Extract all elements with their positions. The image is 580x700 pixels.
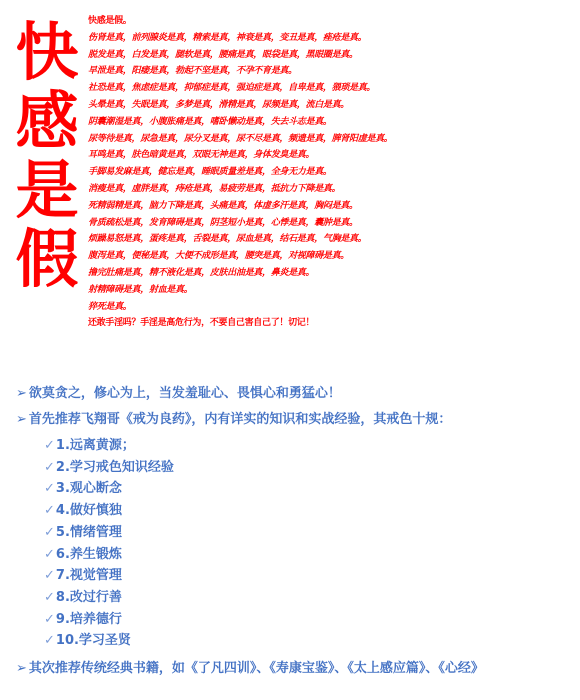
rule-item-text: 4.做好慎独 — [56, 503, 122, 518]
harm-line: 死精弱精是真，脑力下降是真，头痛是真，体虚多汗是真，胸闷是真。 — [88, 198, 574, 215]
advice-section: ➢欲莫贪之，修心为上，当发羞耻心、畏惧心和勇猛心！ ➢首先推荐飞翔哥《戒为良药》… — [16, 381, 574, 682]
rule-item: ✓6.养生锻炼 — [44, 544, 574, 566]
rule-item-text: 5.情绪管理 — [56, 525, 122, 540]
checkmark-icon: ✓ — [44, 457, 55, 479]
vertical-title-char: 快 — [6, 18, 88, 87]
checkmark-icon: ✓ — [44, 478, 55, 500]
harm-line: 耳鸣是真，肤色暗黄是真，双眼无神是真，身体发臭是真。 — [88, 147, 574, 164]
harm-list: 快感是假。 伤肾是真，前列腺炎是真，精索是真，神衰是真，变丑是真，痤疮是真。 脱… — [88, 13, 574, 332]
harm-line: 射精障碍是真，射血是真。 — [88, 282, 574, 299]
rule-item-text: 6.养生锻炼 — [56, 547, 122, 562]
harm-line: 阴囊潮湿是真，小腹胀痛是真，嗜卧懒动是真，失去斗志是真。 — [88, 114, 574, 131]
rule-item: ✓9.培养德行 — [44, 609, 574, 631]
harm-line: 手脚易发麻是真，健忘是真，睡眠质量差是真，全身无力是真。 — [88, 164, 574, 181]
vertical-title-char: 是 — [6, 156, 88, 225]
harm-line: 猝死是真。 — [88, 299, 574, 316]
harm-line: 头晕是真，失眠是真，多梦是真，滑精是真，尿频是真，流白是真。 — [88, 97, 574, 114]
arrow-bullet-icon: ➢ — [16, 381, 27, 407]
checkmark-icon: ✓ — [44, 500, 55, 522]
checkmark-icon: ✓ — [44, 565, 55, 587]
checkmark-icon: ✓ — [44, 522, 55, 544]
vertical-title: 快 感 是 假 — [6, 18, 88, 294]
advice-intro-2: ➢首先推荐飞翔哥《戒为良药》，内有详实的知识和实战经验，其戒色十规： — [16, 407, 574, 433]
harm-line: 撸完肚痛是真，精不液化是真，皮肤出油是真，鼻炎是真。 — [88, 265, 574, 282]
harm-line: 烦躁易怒是真，蛋疼是真，舌裂是真，尿血是真，结石是真，气胸是真。 — [88, 231, 574, 248]
vertical-title-char: 感 — [6, 87, 88, 156]
rule-item: ✓10.学习圣贤 — [44, 630, 574, 652]
checkmark-icon: ✓ — [44, 609, 55, 631]
rule-item: ✓5.情绪管理 — [44, 522, 574, 544]
advice-outro-text: 其次推荐传统经典书籍，如《了凡四训》、《寿康宝鉴》、《太上感应篇》、《心经》 — [29, 661, 484, 676]
rule-item-text: 3.观心断念 — [56, 481, 122, 496]
rule-item-text: 2.学习戒色知识经验 — [56, 460, 174, 475]
harm-line: 消瘦是真，虚胖是真，痔疮是真，易疲劳是真，抵抗力下降是真。 — [88, 181, 574, 198]
rule-item: ✓2.学习戒色知识经验 — [44, 457, 574, 479]
harm-line: 脱发是真，白发是真，腿软是真，腰痛是真，眼袋是真，黑眼圈是真。 — [88, 47, 574, 64]
harm-warning: 还敢手淫吗？手淫是高危行为，不要自己害自己了！切记！ — [88, 315, 574, 332]
arrow-bullet-icon: ➢ — [16, 407, 27, 433]
rule-item-text: 10.学习圣贤 — [56, 633, 131, 648]
harm-line: 尿等待是真，尿急是真，尿分叉是真，尿不尽是真，频遗是真，脾肾阳虚是真。 — [88, 131, 574, 148]
rule-item: ✓3.观心断念 — [44, 478, 574, 500]
advice-intro-2-text: 首先推荐飞翔哥《戒为良药》，内有详实的知识和实战经验，其戒色十规： — [29, 412, 452, 427]
rule-item-text: 9.培养德行 — [56, 612, 122, 627]
arrow-bullet-icon: ➢ — [16, 656, 27, 682]
advice-outro: ➢其次推荐传统经典书籍，如《了凡四训》、《寿康宝鉴》、《太上感应篇》、《心经》 — [16, 656, 574, 682]
harm-line: 社恐是真，焦虑症是真，抑郁症是真，强迫症是真，自卑是真，猥琐是真。 — [88, 80, 574, 97]
advice-intro-1-text: 欲莫贪之，修心为上，当发羞耻心、畏惧心和勇猛心！ — [29, 386, 341, 401]
vertical-title-char: 假 — [6, 225, 88, 294]
checkmark-icon: ✓ — [44, 630, 55, 652]
harm-list-heading: 快感是假。 — [88, 13, 574, 30]
rule-item: ✓8.改过行善 — [44, 587, 574, 609]
harm-line: 腹泻是真，便秘是真，大便不成形是真，腰突是真，对视障碍是真。 — [88, 248, 574, 265]
checkmark-icon: ✓ — [44, 435, 55, 457]
rule-item: ✓7.视觉管理 — [44, 565, 574, 587]
rule-item-text: 8.改过行善 — [56, 590, 122, 605]
checkmark-icon: ✓ — [44, 587, 55, 609]
document-page: 快 感 是 假 快感是假。 伤肾是真，前列腺炎是真，精索是真，神衰是真，变丑是真… — [0, 0, 580, 700]
harm-line: 早泄是真，阳痿是真，勃起不坚是真，不孕不育是真。 — [88, 63, 574, 80]
advice-intro-1: ➢欲莫贪之，修心为上，当发羞耻心、畏惧心和勇猛心！ — [16, 381, 574, 407]
checkmark-icon: ✓ — [44, 544, 55, 566]
rule-item: ✓4.做好慎独 — [44, 500, 574, 522]
harm-line: 伤肾是真，前列腺炎是真，精索是真，神衰是真，变丑是真，痤疮是真。 — [88, 30, 574, 47]
rule-item: ✓1.远离黄源； — [44, 435, 574, 457]
rule-item-text: 1.远离黄源； — [56, 438, 135, 453]
rule-item-text: 7.视觉管理 — [56, 568, 122, 583]
harm-line: 骨质疏松是真，发育障碍是真，阴茎短小是真，心悸是真，囊肿是真。 — [88, 215, 574, 232]
rule-list: ✓1.远离黄源； ✓2.学习戒色知识经验 ✓3.观心断念 ✓4.做好慎独 ✓5.… — [44, 435, 574, 652]
